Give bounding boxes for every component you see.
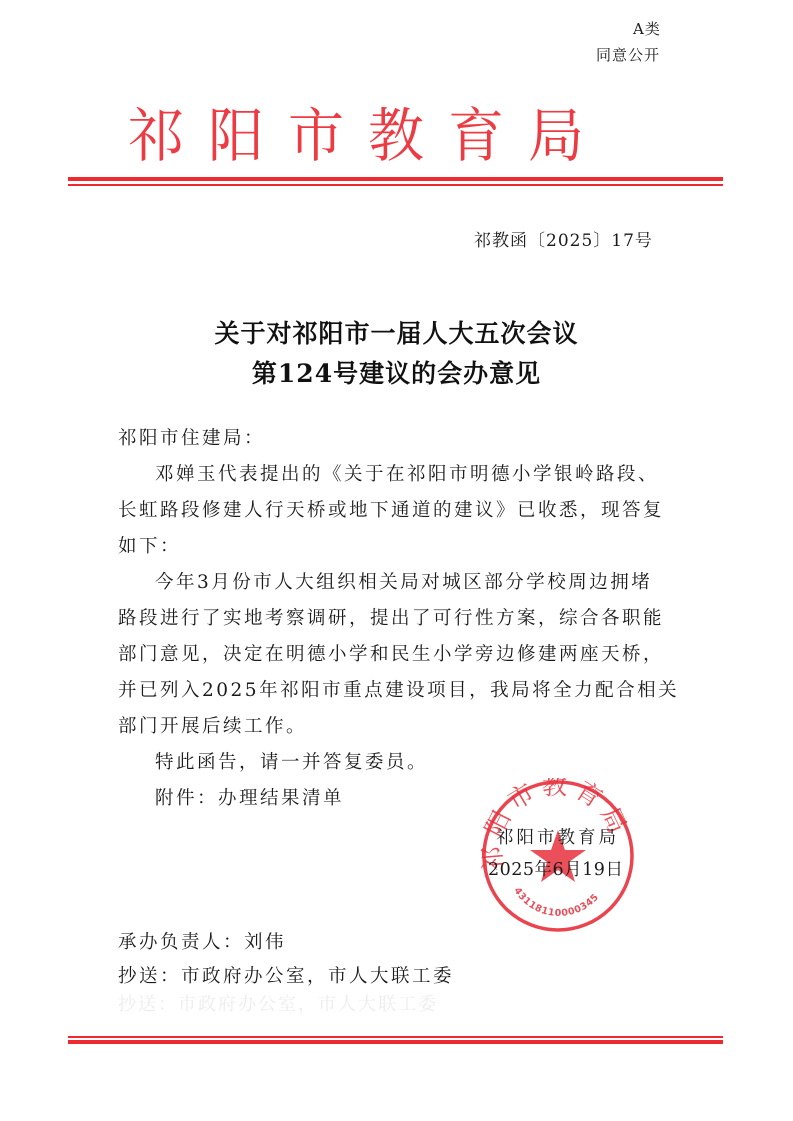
closing-statement: 特此函告，请一并答复委员。 (155, 748, 428, 774)
document-number: 祁教函〔2025〕17号 (474, 226, 653, 251)
responsible-person: 承办负责人：刘伟 (118, 928, 286, 954)
document-title-line1: 关于对祁阳市一届人大五次会议 (0, 314, 793, 350)
svg-text:43118110000345: 43118110000345 (511, 885, 601, 919)
footer-rule-thick (68, 1040, 723, 1044)
paragraph2-line2: 路段进行了实地考察调研，提出了可行性方案，综合各职能 (118, 604, 664, 630)
document-title-line2: 第124号建议的会办意见 (0, 354, 793, 390)
masthead-title: 祁阳市教育局 (128, 90, 668, 174)
paragraph2-line5: 部门开展后续工作。 (118, 712, 307, 738)
classification-label: A类 (633, 18, 661, 39)
paragraph2-line4: 并已列入2025年祁阳市重点建设项目，我局将全力配合相关 (118, 676, 679, 702)
show-through-ghost-text: 抄送：市政府办公室，市人大联工委 (118, 990, 438, 1016)
paragraph1-line2: 长虹路段修建人行天桥或地下通道的建议》已收悉，现答复 (118, 496, 664, 522)
footer-rule-thin (68, 1036, 723, 1038)
signing-date: 2025年6月19日 (488, 856, 623, 881)
disclosure-label: 同意公开 (596, 44, 660, 65)
addressee: 祁阳市住建局： (118, 424, 265, 450)
paragraph2-line3: 部门意见，决定在明德小学和民生小学旁边修建两座天桥， (118, 640, 664, 666)
signing-organization: 祁阳市教育局 (496, 824, 619, 849)
cc-list: 抄送：市政府办公室，市人大联工委 (118, 962, 454, 988)
paragraph1-line1: 邓婵玉代表提出的《关于在祁阳市明德小学银岭路段、 (155, 460, 659, 486)
attachment-line: 附件：办理结果清单 (155, 784, 344, 810)
paragraph2-line1: 今年3月份市人大组织相关局对城区部分学校周边拥堵 (155, 568, 652, 594)
paragraph1-line3: 如下： (118, 532, 181, 558)
header-rule-thin (68, 184, 723, 186)
header-rule-thick (68, 177, 723, 181)
